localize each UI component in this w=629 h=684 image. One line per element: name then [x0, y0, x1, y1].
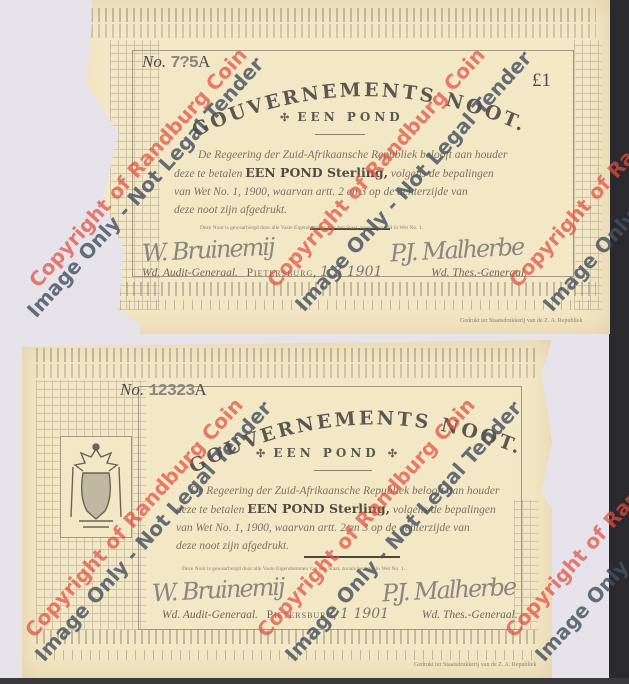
- issue-date: 1 1901: [340, 606, 389, 622]
- divider-ornament: [314, 470, 372, 471]
- coat-of-arms-icon: [61, 437, 131, 537]
- note-title: GOUVERNEMENTS NOOT.: [140, 60, 580, 150]
- amount-text: EEN POND Sterling,: [245, 165, 388, 180]
- note-subtitle: ✣ EEN POND ✣: [256, 446, 397, 460]
- ornamental-border-bottom-outer: [84, 300, 596, 310]
- signature-rule: [304, 556, 400, 558]
- banknote-bottom: No. 12323A GOUVERNEMENTS NOOT. ✣ EEN PON…: [22, 340, 552, 678]
- ornamental-border-top: [84, 8, 596, 22]
- note-title: GOUVERNEMENTS NOOT.: [162, 390, 542, 480]
- sprig-right-icon: ✣: [388, 447, 397, 460]
- issue-date: 1 3 1901: [320, 264, 382, 280]
- printer-imprint: Gedrukt ter Staatsdrukkerij van de Z. A.…: [414, 662, 536, 668]
- amount-text: EEN POND Sterling,: [247, 501, 390, 516]
- ornamental-border-top-inner: [84, 24, 596, 38]
- ornamental-border-bottom: [36, 630, 538, 644]
- banknote-top: No. 7?5A £1 GOUVERNEMENTS NOOT. ✣ EEN PO…: [70, 0, 610, 334]
- ornamental-border-top-inner: [36, 364, 538, 378]
- promise-text: De Regeering der Zuid-Afrikaansche Repub…: [176, 482, 552, 555]
- guarantee-fine-print: Deze Noot is gewaarborgd door alle Vaste…: [182, 566, 405, 572]
- guarantee-fine-print: Deze Noot is gewaarborgd door alle Vaste…: [200, 225, 423, 231]
- note-subtitle: ✣ EEN POND: [280, 110, 404, 124]
- promise-text: De Regeering der Zuid-Afrikaansche Repub…: [174, 146, 574, 219]
- dark-background-bottom: [0, 678, 629, 684]
- ornamental-border-bottom: [84, 282, 596, 296]
- divider-ornament: [315, 134, 365, 135]
- signatory-line: Wd. Audit-Generaal. Pietersburg, 1 3 190…: [142, 264, 527, 280]
- svg-text:GOUVERNEMENTS NOOT.: GOUVERNEMENTS NOOT.: [185, 407, 526, 478]
- signatory-line: Wd. Audit-Generaal. Pietersburg, 1 1901 …: [162, 606, 518, 622]
- printer-imprint: Gedrukt ter Staatsdrukkerij van de Z. A.…: [460, 318, 582, 324]
- ornamental-border-bottom-outer: [36, 650, 538, 660]
- sprig-left-icon: ✣: [256, 447, 265, 460]
- sprig-left-icon: ✣: [280, 111, 289, 124]
- dark-background-edge: [609, 0, 629, 684]
- ornamental-border-top: [36, 348, 538, 362]
- coat-of-arms-panel: [60, 436, 132, 538]
